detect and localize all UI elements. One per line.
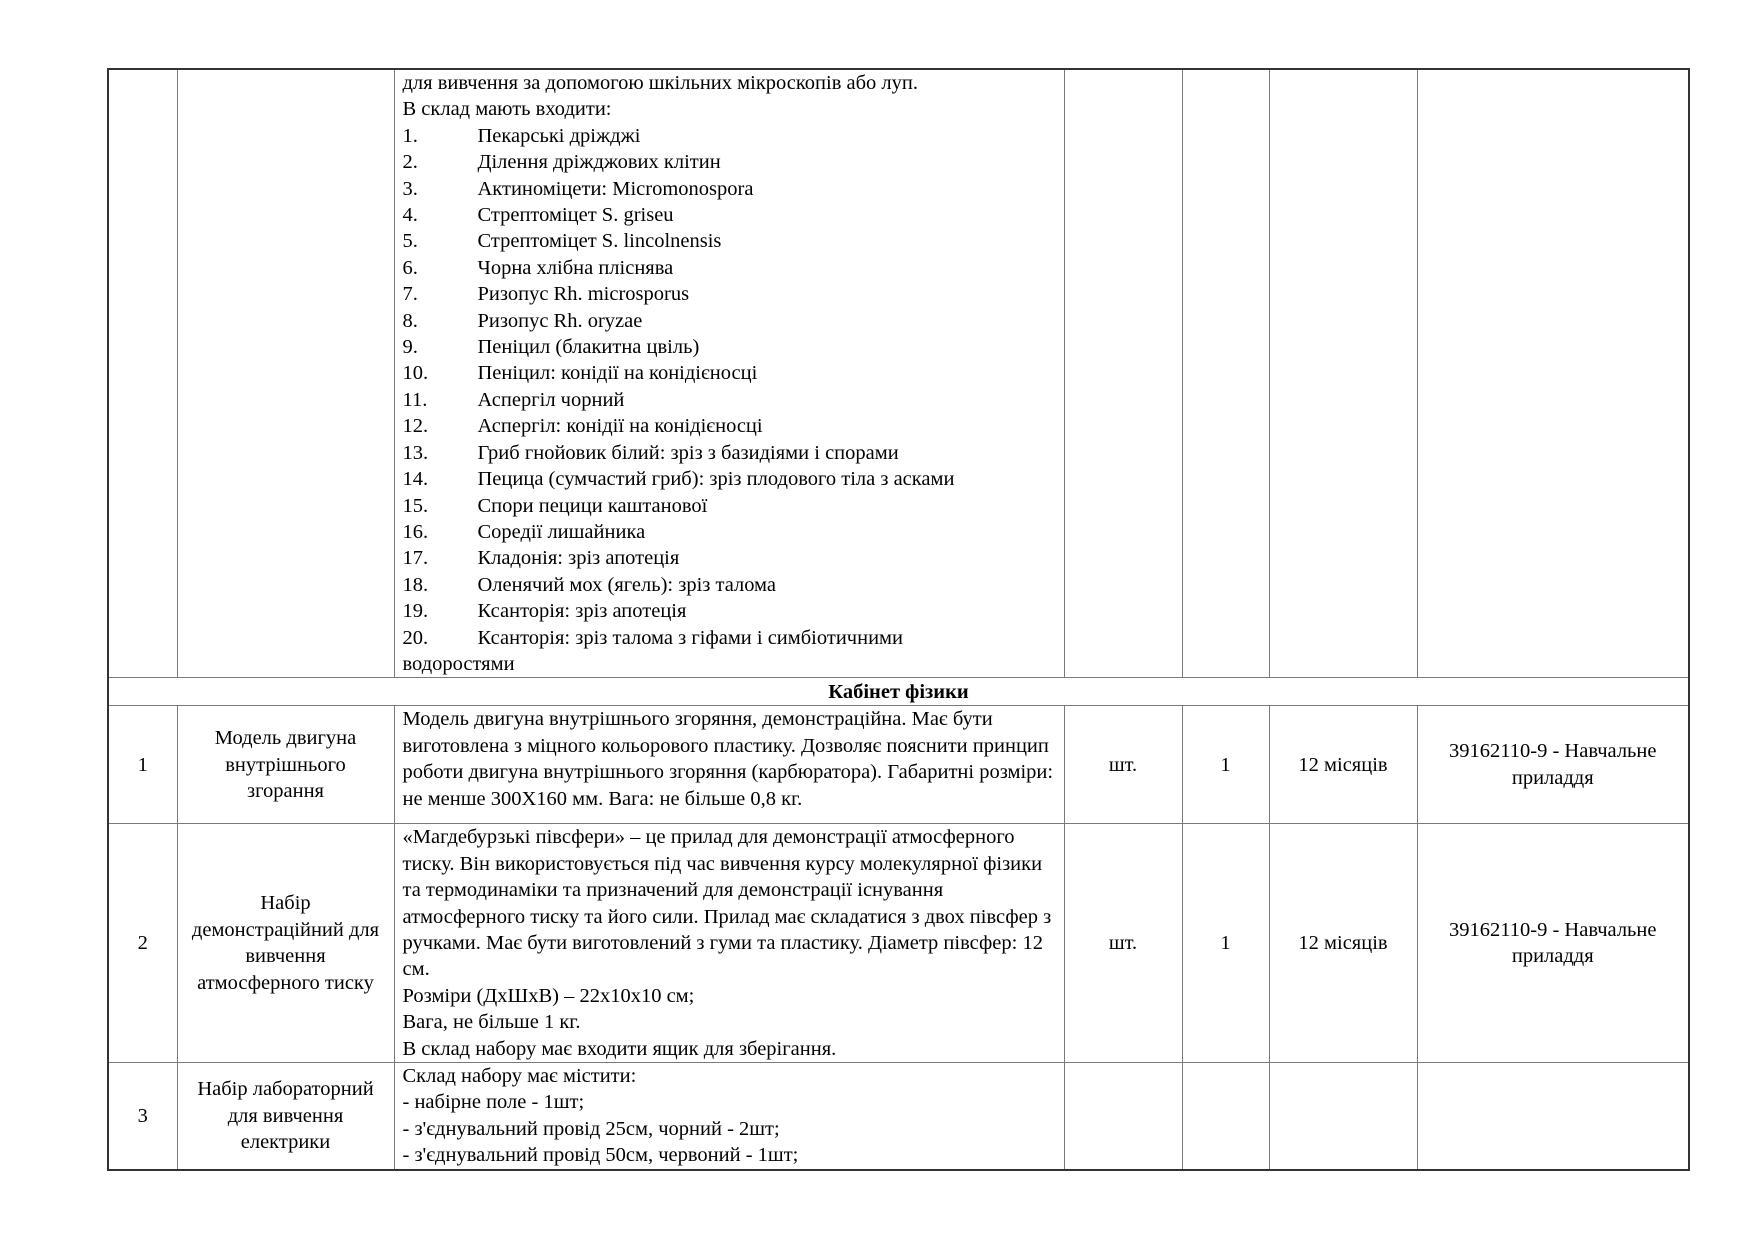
list-item-number: 1. — [403, 123, 478, 149]
cell-name: Модель двигуна внутрішнього згорання — [177, 706, 394, 824]
list-item-number: 9. — [403, 334, 478, 360]
list-item-number: 18. — [403, 572, 478, 598]
cell-code — [1417, 1063, 1689, 1170]
list-item-text: Актиноміцети: Micromonospora — [478, 176, 754, 202]
list-item-number: 5. — [403, 228, 478, 254]
table-row: 1 Модель двигуна внутрішнього згорання М… — [108, 706, 1689, 824]
list-item: 15.Спори пецици каштанової — [403, 493, 1056, 519]
cell-unit: шт. — [1064, 706, 1182, 824]
description-line: - з'єднувальний провід 25см, чорний - 2ш… — [403, 1116, 1056, 1142]
cell-code: 39162110-9 - Навчальне приладдя — [1417, 824, 1689, 1063]
list-item-text: Ксанторія: зріз апотеція — [478, 598, 687, 624]
list-item: 10.Пеніцил: конідії на конідієносці — [403, 360, 1056, 386]
list-item-number: 7. — [403, 281, 478, 307]
list-item-number: 8. — [403, 308, 478, 334]
list-item: 16.Соредії лишайника — [403, 519, 1056, 545]
tail-line: водоростями — [403, 651, 1056, 677]
list-item-text: Ризопус Rh. microsporus — [478, 281, 690, 307]
table-row-continued: для вивчення за допомогою шкільних мікро… — [108, 69, 1689, 678]
list-item-text: Чорна хлібна пліснява — [478, 255, 674, 281]
cell-qty — [1182, 69, 1269, 678]
list-item-text: Стрептоміцет S. lincolnensis — [478, 228, 722, 254]
cell-warranty — [1269, 1063, 1417, 1170]
table-row: 2 Набір демонстраційний для вивчення атм… — [108, 824, 1689, 1063]
intro-line: В склад мають входити: — [403, 96, 1056, 122]
list-item-number: 14. — [403, 466, 478, 492]
list-item-text: Пецица (сумчастий гриб): зріз плодового … — [478, 466, 955, 492]
list-item-text: Оленячий мох (ягель): зріз талома — [478, 572, 777, 598]
list-item: 7.Ризопус Rh. microsporus — [403, 281, 1056, 307]
specimen-list: 1.Пекарські дріжджі2.Ділення дріжджових … — [403, 123, 1056, 651]
cell-description: Склад набору має містити: - набірне поле… — [394, 1063, 1064, 1170]
list-item-text: Кладонія: зріз апотеція — [478, 545, 680, 571]
list-item-text: Ксанторія: зріз талома з гіфами і симбіо… — [478, 625, 904, 651]
list-item-number: 13. — [403, 440, 478, 466]
list-item-number: 3. — [403, 176, 478, 202]
list-item-text: Ділення дріжджових клітин — [478, 149, 721, 175]
list-item-text: Аспергіл чорний — [478, 387, 625, 413]
cell-num — [108, 69, 177, 678]
cell-code — [1417, 69, 1689, 678]
list-item: 14.Пецица (сумчастий гриб): зріз плодово… — [403, 466, 1056, 492]
description-line: Розміри (ДхШхВ) – 22х10х10 см; — [403, 983, 1056, 1009]
description-line: Склад набору має містити: — [403, 1063, 1056, 1089]
cell-name: Набір демонстраційний для вивчення атмос… — [177, 824, 394, 1063]
cell-name — [177, 69, 394, 678]
cell-unit — [1064, 1063, 1182, 1170]
intro-line: для вивчення за допомогою шкільних мікро… — [403, 70, 1056, 96]
cell-qty: 1 — [1182, 706, 1269, 824]
list-item: 5.Стрептоміцет S. lincolnensis — [403, 228, 1056, 254]
cell-name: Набір лабораторний для вивчення електрик… — [177, 1063, 394, 1170]
cell-num: 2 — [108, 824, 177, 1063]
list-item-number: 17. — [403, 545, 478, 571]
list-item-number: 15. — [403, 493, 478, 519]
list-item-text: Соредії лишайника — [478, 519, 646, 545]
table-row: 3 Набір лабораторний для вивчення електр… — [108, 1063, 1689, 1170]
list-item: 11.Аспергіл чорний — [403, 387, 1056, 413]
list-item-text: Пекарські дріжджі — [478, 123, 641, 149]
list-item-number: 19. — [403, 598, 478, 624]
list-item: 3.Актиноміцети: Micromonospora — [403, 176, 1056, 202]
cell-num: 3 — [108, 1063, 177, 1170]
description-line: «Магдебурзькі півсфери» – це прилад для … — [403, 824, 1056, 982]
list-item-text: Ризопус Rh. oryzae — [478, 308, 643, 334]
list-item: 20.Ксанторія: зріз талома з гіфами і сим… — [403, 625, 1056, 651]
cell-qty: 1 — [1182, 824, 1269, 1063]
list-item-number: 4. — [403, 202, 478, 228]
section-header-row: Кабінет фізики — [108, 678, 1689, 706]
cell-description: для вивчення за допомогою шкільних мікро… — [394, 69, 1064, 678]
section-title: Кабінет фізики — [108, 678, 1689, 706]
list-item-text: Пеніцил (блакитна цвіль) — [478, 334, 700, 360]
cell-num: 1 — [108, 706, 177, 824]
description-line: - набірне поле - 1шт; — [403, 1089, 1056, 1115]
list-item-text: Стрептоміцет S. griseu — [478, 202, 674, 228]
cell-warranty: 12 місяців — [1269, 706, 1417, 824]
list-item: 18.Оленячий мох (ягель): зріз талома — [403, 572, 1056, 598]
specification-table: для вивчення за допомогою шкільних мікро… — [107, 68, 1690, 1171]
list-item-text: Аспергіл: конідії на конідієносці — [478, 413, 763, 439]
list-item: 12.Аспергіл: конідії на конідієносці — [403, 413, 1056, 439]
cell-description: Модель двигуна внутрішнього згоряння, де… — [394, 706, 1064, 824]
list-item: 19.Ксанторія: зріз апотеція — [403, 598, 1056, 624]
list-item-number: 12. — [403, 413, 478, 439]
list-item: 2.Ділення дріжджових клітин — [403, 149, 1056, 175]
list-item-text: Гриб гнойовик білий: зріз з базидіями і … — [478, 440, 899, 466]
list-item: 1.Пекарські дріжджі — [403, 123, 1056, 149]
list-item-number: 6. — [403, 255, 478, 281]
description-line: - з'єднувальний провід 50см, червоний - … — [403, 1142, 1056, 1168]
list-item: 9.Пеніцил (блакитна цвіль) — [403, 334, 1056, 360]
cell-unit: шт. — [1064, 824, 1182, 1063]
list-item-number: 20. — [403, 625, 478, 651]
cell-qty — [1182, 1063, 1269, 1170]
list-item: 8.Ризопус Rh. oryzae — [403, 308, 1056, 334]
cell-unit — [1064, 69, 1182, 678]
list-item: 17.Кладонія: зріз апотеція — [403, 545, 1056, 571]
description-line: Вага, не більше 1 кг. — [403, 1009, 1056, 1035]
list-item: 6.Чорна хлібна пліснява — [403, 255, 1056, 281]
list-item-number: 16. — [403, 519, 478, 545]
cell-warranty: 12 місяців — [1269, 824, 1417, 1063]
list-item-number: 2. — [403, 149, 478, 175]
cell-code: 39162110-9 - Навчальне приладдя — [1417, 706, 1689, 824]
list-item-number: 10. — [403, 360, 478, 386]
list-item-text: Пеніцил: конідії на конідієносці — [478, 360, 758, 386]
list-item-number: 11. — [403, 387, 478, 413]
list-item: 13.Гриб гнойовик білий: зріз з базидіями… — [403, 440, 1056, 466]
list-item: 4.Стрептоміцет S. griseu — [403, 202, 1056, 228]
list-item-text: Спори пецици каштанової — [478, 493, 708, 519]
description-line: В склад набору має входити ящик для збер… — [403, 1036, 1056, 1062]
cell-warranty — [1269, 69, 1417, 678]
cell-description: «Магдебурзькі півсфери» – це прилад для … — [394, 824, 1064, 1063]
